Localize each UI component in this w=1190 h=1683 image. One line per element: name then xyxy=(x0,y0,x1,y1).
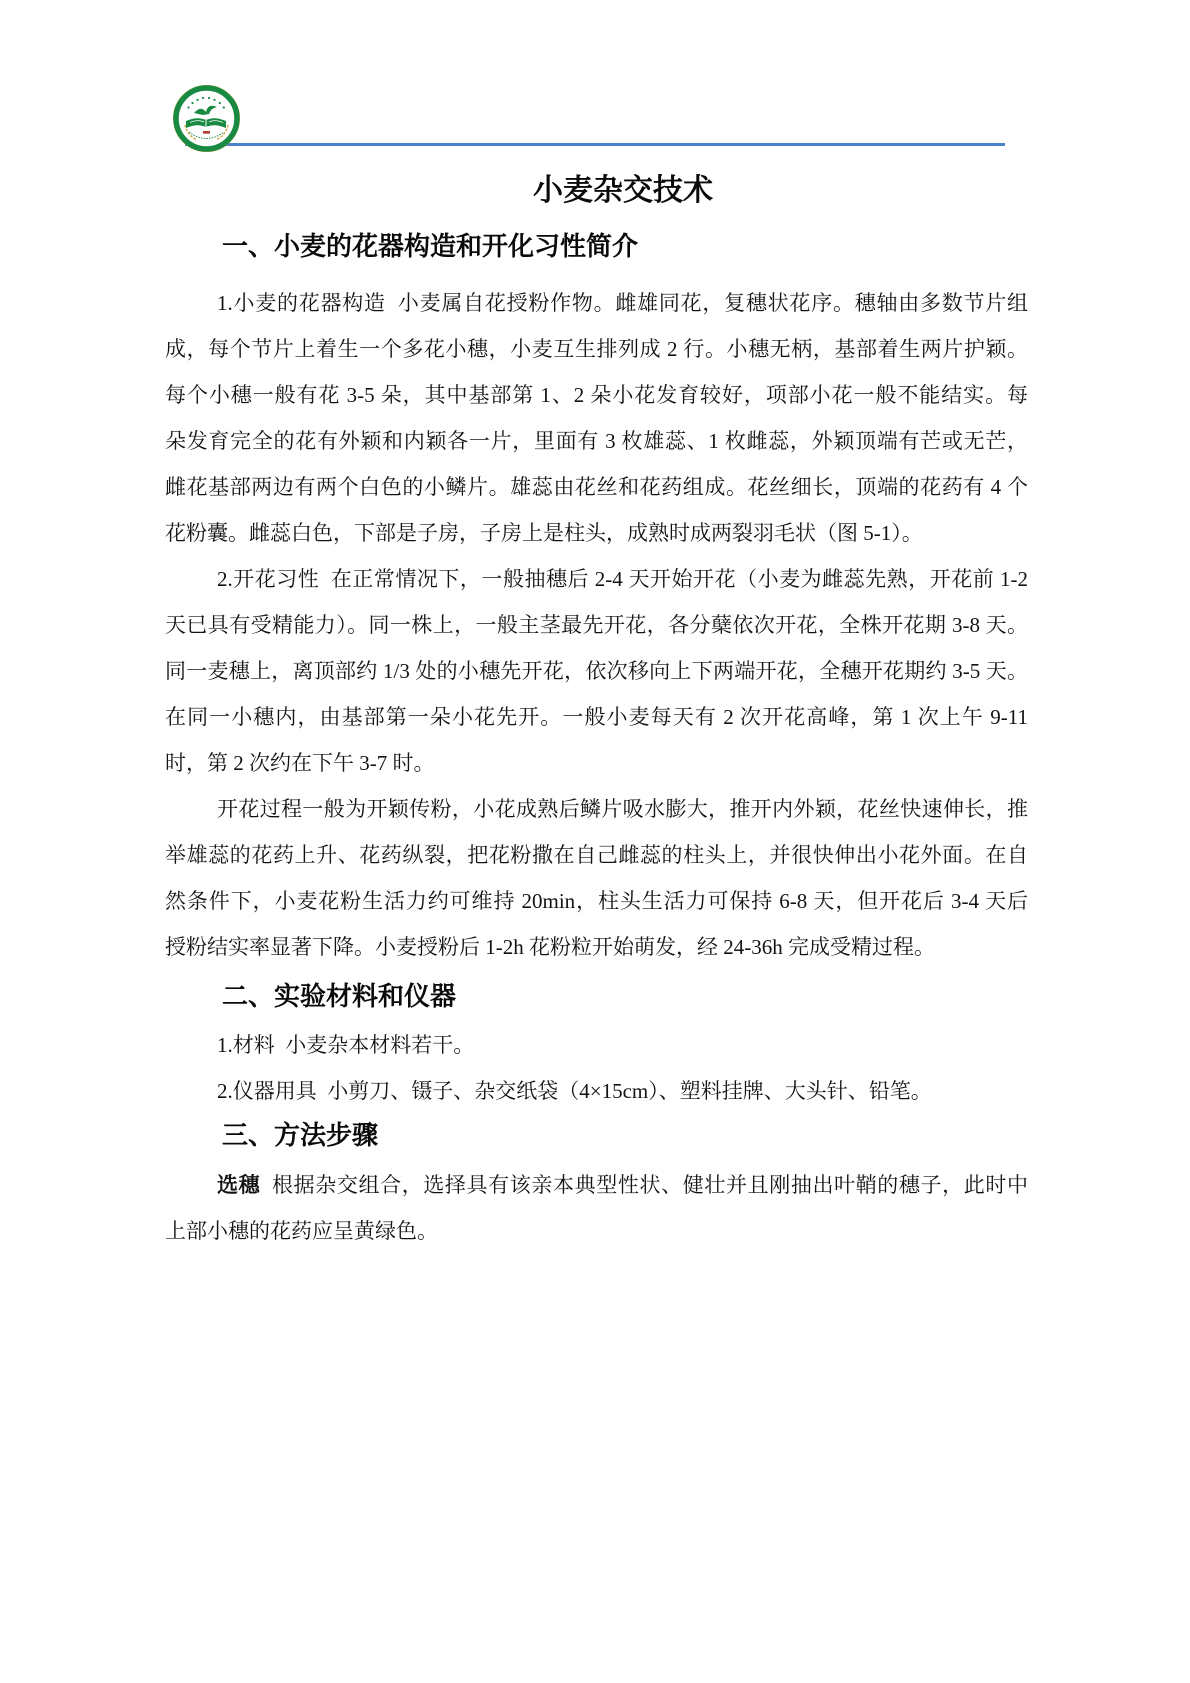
heading-section-3: 三、方法步骤 xyxy=(222,1115,378,1155)
text-line: 每个小穗一般有花 3-5 朵，其中基部第 1、2 朵小花发育较好，项部小花一般不… xyxy=(165,372,1028,418)
text-line: 授粉结实率显著下降。小麦授粉后 1-2h 花粉粒开始萌发，经 24-36h 完成… xyxy=(165,924,1028,970)
paragraph-materials: 1.材料 小麦杂本材料若干。 xyxy=(165,1022,1028,1068)
text-line: 上部小穗的花药应呈黄绿色。 xyxy=(165,1208,1028,1254)
text-line: 1.小麦的花器构造 小麦属自花授粉作物。雌雄同花，复穗状花序。穗轴由多数节片组 xyxy=(165,280,1028,326)
heading-section-1: 一、小麦的花器构造和开化习性简介 xyxy=(222,226,638,266)
header-rule xyxy=(185,143,1005,146)
heading-section-2: 二、实验材料和仪器 xyxy=(222,976,456,1016)
text-line: 2.开花习性 在正常情况下，一般抽穗后 2-4 天开始开花（小麦为雌蕊先熟，开花… xyxy=(165,556,1028,602)
school-logo xyxy=(173,85,240,152)
school-logo-icon xyxy=(173,85,240,152)
text-line: 在同一小穗内，由基部第一朵小花先开。一般小麦每天有 2 次开花高峰，第 1 次上… xyxy=(165,694,1028,740)
paragraph-flowering-process: 开花过程一般为开颖传粉，小花成熟后鳞片吸水膨大，推开内外颖，花丝快速伸长，推举雄… xyxy=(165,786,1028,970)
paragraph-flower-structure: 1.小麦的花器构造 小麦属自花授粉作物。雌雄同花，复穗状花序。穗轴由多数节片组成… xyxy=(165,280,1028,556)
text-line: 时，第 2 次约在下午 3-7 时。 xyxy=(165,740,1028,786)
paragraph-ear-selection: 选穗 根据杂交组合，选择具有该亲本典型性状、健壮并且刚抽出叶鞘的穗子，此时中 上… xyxy=(165,1162,1028,1254)
document-page: 小麦杂交技术 一、小麦的花器构造和开化习性简介 1.小麦的花器构造 小麦属自花授… xyxy=(0,0,1190,1683)
step-label: 选穗 xyxy=(217,1173,260,1197)
paragraph-instruments: 2.仪器用具 小剪刀、镊子、杂交纸袋（4×15cm）、塑料挂牌、大头针、铅笔。 xyxy=(165,1068,1028,1114)
text-line: 开花过程一般为开颖传粉，小花成熟后鳞片吸水膨大，推开内外颖，花丝快速伸长，推 xyxy=(165,786,1028,832)
text-line: 举雄蕊的花药上升、花药纵裂，把花粉撒在自己雌蕊的柱头上，并很快伸出小花外面。在自 xyxy=(165,832,1028,878)
text-line: 天已具有受精能力）。同一株上，一般主茎最先开花，各分蘖依次开花，全株开花期 3-… xyxy=(165,602,1028,648)
text-line: 然条件下，小麦花粉生活力约可维持 20min，柱头生活力可保持 6-8 天，但开… xyxy=(165,878,1028,924)
text-line: 选穗 根据杂交组合，选择具有该亲本典型性状、健壮并且刚抽出叶鞘的穗子，此时中 xyxy=(165,1162,1028,1208)
text-line: 2.仪器用具 小剪刀、镊子、杂交纸袋（4×15cm）、塑料挂牌、大头针、铅笔。 xyxy=(165,1068,1028,1114)
text-line: 花粉囊。雌蕊白色，下部是子房，子房上是柱头，成熟时成两裂羽毛状（图 5-1）。 xyxy=(165,510,1028,556)
text-line: 雌花基部两边有两个白色的小鳞片。雄蕊由花丝和花药组成。花丝细长，顶端的花药有 4… xyxy=(165,464,1028,510)
text-line: 1.材料 小麦杂本材料若干。 xyxy=(165,1022,1028,1068)
text-line: 朵发育完全的花有外颖和内颖各一片，里面有 3 枚雄蕊、1 枚雌蕊，外颖顶端有芒或… xyxy=(165,418,1028,464)
doc-title: 小麦杂交技术 xyxy=(192,170,1054,212)
text-line: 同一麦穗上，离顶部约 1/3 处的小穗先开花，依次移向上下两端开花，全穗开花期约… xyxy=(165,648,1028,694)
text-run: 根据杂交组合，选择具有该亲本典型性状、健壮并且刚抽出叶鞘的穗子，此时中 xyxy=(260,1173,1028,1197)
text-line: 成，每个节片上着生一个多花小穗，小麦互生排列成 2 行。小穗无柄，基部着生两片护… xyxy=(165,326,1028,372)
paragraph-flowering-habit: 2.开花习性 在正常情况下，一般抽穗后 2-4 天开始开花（小麦为雌蕊先熟，开花… xyxy=(165,556,1028,786)
